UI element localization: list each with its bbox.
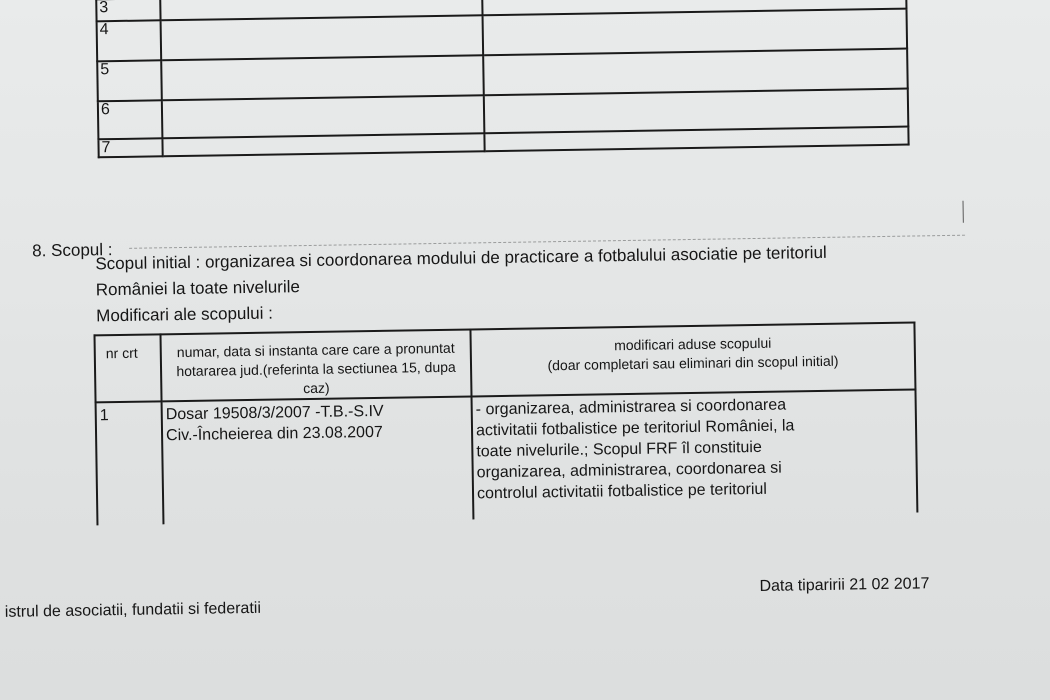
initial-purpose-line-2: României la toate nivelurile [96, 277, 300, 300]
row-number: 3 [96, 0, 160, 21]
reference-cell: Dosar 19508/3/2007 -T.B.-S.IV Civ.-Înche… [162, 396, 474, 524]
modifications-label: Modificari ale scopului : [96, 304, 273, 327]
row-number: 6 [98, 100, 163, 139]
row-number: 1 [96, 401, 164, 525]
table-cell [162, 133, 484, 156]
description-cell: - organizarea, administrarea si coordona… [472, 389, 918, 519]
top-table: 3 4 5 6 7 [95, 0, 909, 158]
table-header-row: nr crt numar, data si instanta care care… [95, 322, 916, 402]
table-row: 1 Dosar 19508/3/2007 -T.B.-S.IV Civ.-Înc… [96, 389, 918, 525]
margin-mark [962, 201, 963, 223]
table-cell [483, 49, 908, 96]
table-cell [484, 89, 909, 134]
table-cell [161, 15, 484, 60]
table-cell [162, 95, 485, 138]
print-date: Data tiparirii 21 02 2017 [759, 575, 929, 596]
document-page: 3 4 5 6 7 [0, 0, 1050, 700]
table-cell [161, 55, 484, 100]
row-number: 4 [97, 20, 162, 61]
header-description: modificari aduse scopului (doar completa… [470, 322, 915, 396]
table-cell [483, 9, 908, 56]
header-reference: numar, data si instanta care care a pron… [160, 329, 471, 401]
header-nr: nr crt [95, 334, 162, 402]
row-number: 7 [98, 138, 162, 157]
footer-registry-label: istrul de asociatii, fundatii si federat… [5, 600, 261, 622]
modifications-table: nr crt numar, data si instanta care care… [93, 321, 918, 525]
row-number: 5 [97, 60, 162, 101]
